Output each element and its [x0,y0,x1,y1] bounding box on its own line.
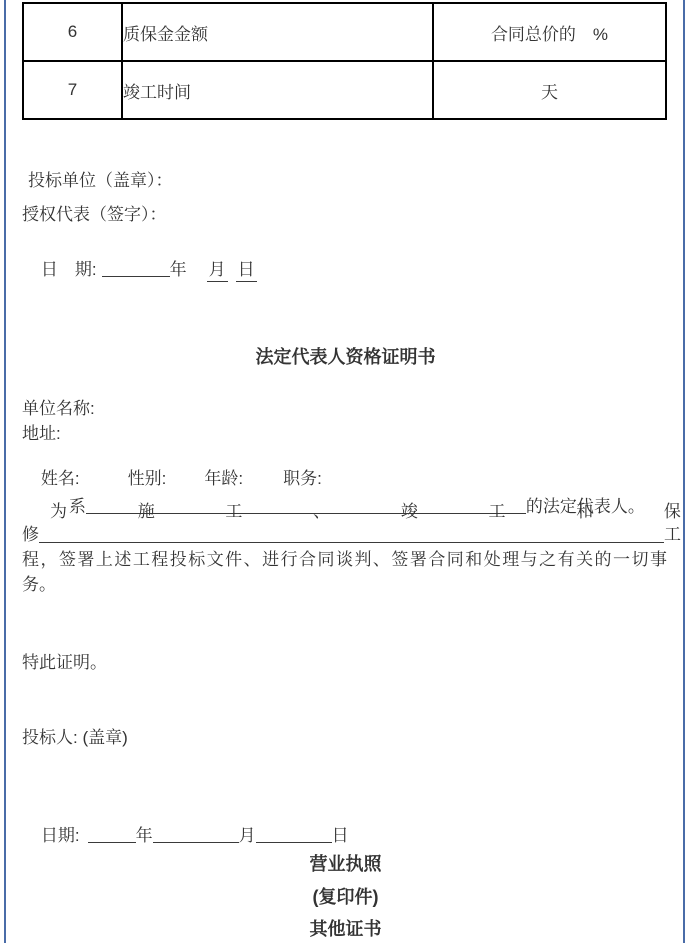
year-label: 年 [170,260,187,279]
scope-justified-line: 为施工、竣工和保 [50,501,681,523]
repair-prefix: 修 [22,524,39,546]
body-text-line-2: 务。 [22,574,56,596]
authorized-rep-line: 授权代表（签字）： [22,204,167,226]
day-label: 日 [236,259,257,282]
body-text-line-1: 程，签署上述工程投标文件、进行合同谈判、签署合同和处理与之有关的一切事 [22,549,667,571]
date-label: 日期: [41,826,80,845]
table-row: 7 竣工时间 天 [23,61,666,119]
blank-underline [102,259,170,277]
blank-underline [153,825,239,843]
year-label: 年 [136,826,153,845]
table-cell-no: 6 [23,3,122,61]
table-cell-item: 质保金金额 [122,3,433,61]
table-cell-item: 竣工时间 [122,61,433,119]
blank-underline [256,825,332,843]
table-cell-value: 天 [433,61,666,119]
repair-suffix: 工 [664,524,681,546]
certificate-title: 法定代表人资格证明书 [22,346,669,368]
blank-underline [39,524,664,543]
bid-date-line: 日 期:年月日 [22,237,257,304]
date-label: 日 期: [41,260,97,279]
address-line: 地址: [22,423,61,445]
document-page: 6 质保金金额 合同总价的 % 7 竣工时间 天 投标单位（盖章）： 授权代表（… [0,0,691,943]
page-border-right [683,0,685,943]
table-cell-value: 合同总价的 % [433,3,666,61]
certify-line: 特此证明。 [22,652,107,674]
attachment-other-certificates: 其他证书 [22,918,669,940]
unit-name-line: 单位名称: [22,398,95,420]
month-label: 月 [207,259,228,282]
month-label: 月 [239,826,256,845]
bid-unit-seal-line: 投标单位（盖章）： [28,170,173,192]
attachment-business-license: 营业执照 [22,853,669,875]
page-border-left [4,0,6,943]
attachment-copy-note: (复印件) [22,886,669,908]
table-cell-no: 7 [23,61,122,119]
table-row: 6 质保金金额 合同总价的 % [23,3,666,61]
blank-underline [88,825,136,843]
quotation-table: 6 质保金金额 合同总价的 % 7 竣工时间 天 [22,2,667,120]
bidder-seal-line: 投标人: (盖章) [22,727,128,749]
repair-blank-line: 修工 [22,524,681,546]
day-label: 日 [332,826,349,845]
